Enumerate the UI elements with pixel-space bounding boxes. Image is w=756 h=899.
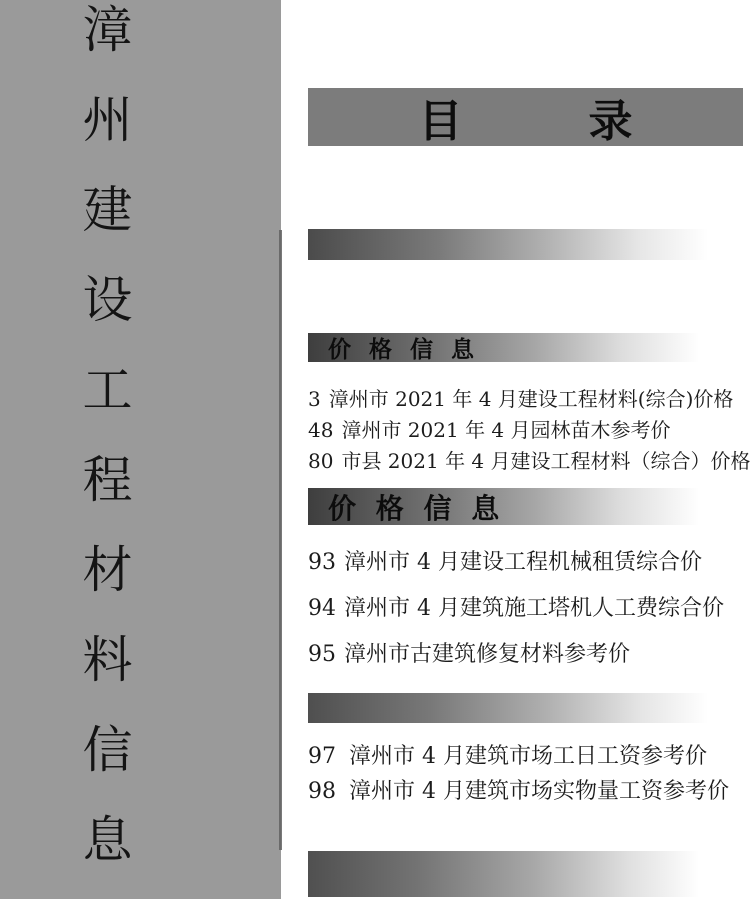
- toc-title-char: 目: [419, 85, 463, 149]
- item-title: 漳州市 4 月建筑施工塔机人工费综合价: [344, 596, 724, 621]
- page-number: 48: [308, 418, 333, 442]
- divider-bar-bottom: [308, 851, 743, 897]
- journal-title-char: 工: [83, 361, 133, 419]
- toc-item-list-1: 3漳州市 2021 年 4 月建设工程材料(综合)价格 48漳州市 2021 年…: [308, 384, 743, 477]
- journal-title-char: 设: [83, 271, 133, 329]
- toc-item: 3漳州市 2021 年 4 月建设工程材料(综合)价格: [308, 384, 743, 415]
- page-number: 80: [308, 449, 333, 473]
- toc-page: 漳 州 建 设 工 程 材 料 信 息 目 录 价 格 信 息 3漳州市 202…: [0, 0, 756, 899]
- page-number: 95: [308, 642, 336, 667]
- toc-item: 48漳州市 2021 年 4 月园林苗木参考价: [308, 415, 743, 446]
- item-title: 漳州市古建筑修复材料参考价: [344, 642, 630, 667]
- page-number: 94: [308, 596, 336, 621]
- divider-bar-top: [308, 229, 743, 260]
- toc-item: 98漳州市 4 月建筑市场实物量工资参考价: [308, 774, 743, 809]
- sidebar-edge-shadow: [279, 230, 282, 850]
- toc-title-bar: 目 录: [308, 88, 743, 146]
- page-number: 97: [308, 744, 336, 769]
- item-title: 漳州市 2021 年 4 月园林苗木参考价: [341, 418, 670, 442]
- item-title: 漳州市 2021 年 4 月建设工程材料(综合)价格: [329, 387, 734, 411]
- journal-title-sidebar: 漳 州 建 设 工 程 材 料 信 息: [0, 0, 281, 899]
- item-title: 漳州市 4 月建筑市场实物量工资参考价: [349, 779, 729, 804]
- journal-title-char: 漳: [83, 1, 133, 59]
- item-title: 市县 2021 年 4 月建设工程材料（综合）价格: [341, 449, 750, 473]
- item-title: 漳州市 4 月建筑市场工日工资参考价: [349, 744, 707, 769]
- journal-title-char: 建: [83, 181, 133, 239]
- journal-title-char: 料: [83, 631, 133, 689]
- toc-item: 80市县 2021 年 4 月建设工程材料（综合）价格: [308, 446, 743, 477]
- page-number: 93: [308, 550, 336, 575]
- toc-item-list-2: 93漳州市 4 月建设工程机械租赁综合价 94漳州市 4 月建筑施工塔机人工费综…: [308, 540, 743, 678]
- journal-title-char: 程: [83, 451, 133, 509]
- page-number: 3: [308, 387, 321, 411]
- divider-bar-middle: [308, 693, 743, 723]
- section-header-price-info-2: 价 格 信 息: [308, 488, 743, 525]
- toc-item: 95漳州市古建筑修复材料参考价: [308, 632, 743, 678]
- page-number: 98: [308, 779, 336, 804]
- section-header-price-info-1: 价 格 信 息: [308, 333, 743, 362]
- section-header-label: 价 格 信 息: [328, 487, 504, 527]
- toc-item: 94漳州市 4 月建筑施工塔机人工费综合价: [308, 586, 743, 632]
- journal-title-char: 材: [83, 541, 133, 599]
- toc-title-char: 录: [589, 85, 633, 149]
- section-header-label: 价 格 信 息: [328, 331, 479, 364]
- journal-title-char: 息: [83, 811, 133, 869]
- journal-title-char: 州: [83, 91, 133, 149]
- toc-content: 目 录 价 格 信 息 3漳州市 2021 年 4 月建设工程材料(综合)价格 …: [308, 0, 743, 899]
- toc-item-list-3: 97漳州市 4 月建筑市场工日工资参考价 98漳州市 4 月建筑市场实物量工资参…: [308, 739, 743, 809]
- toc-item: 93漳州市 4 月建设工程机械租赁综合价: [308, 540, 743, 586]
- item-title: 漳州市 4 月建设工程机械租赁综合价: [344, 550, 702, 575]
- journal-title-char: 信: [83, 721, 133, 779]
- toc-item: 97漳州市 4 月建筑市场工日工资参考价: [308, 739, 743, 774]
